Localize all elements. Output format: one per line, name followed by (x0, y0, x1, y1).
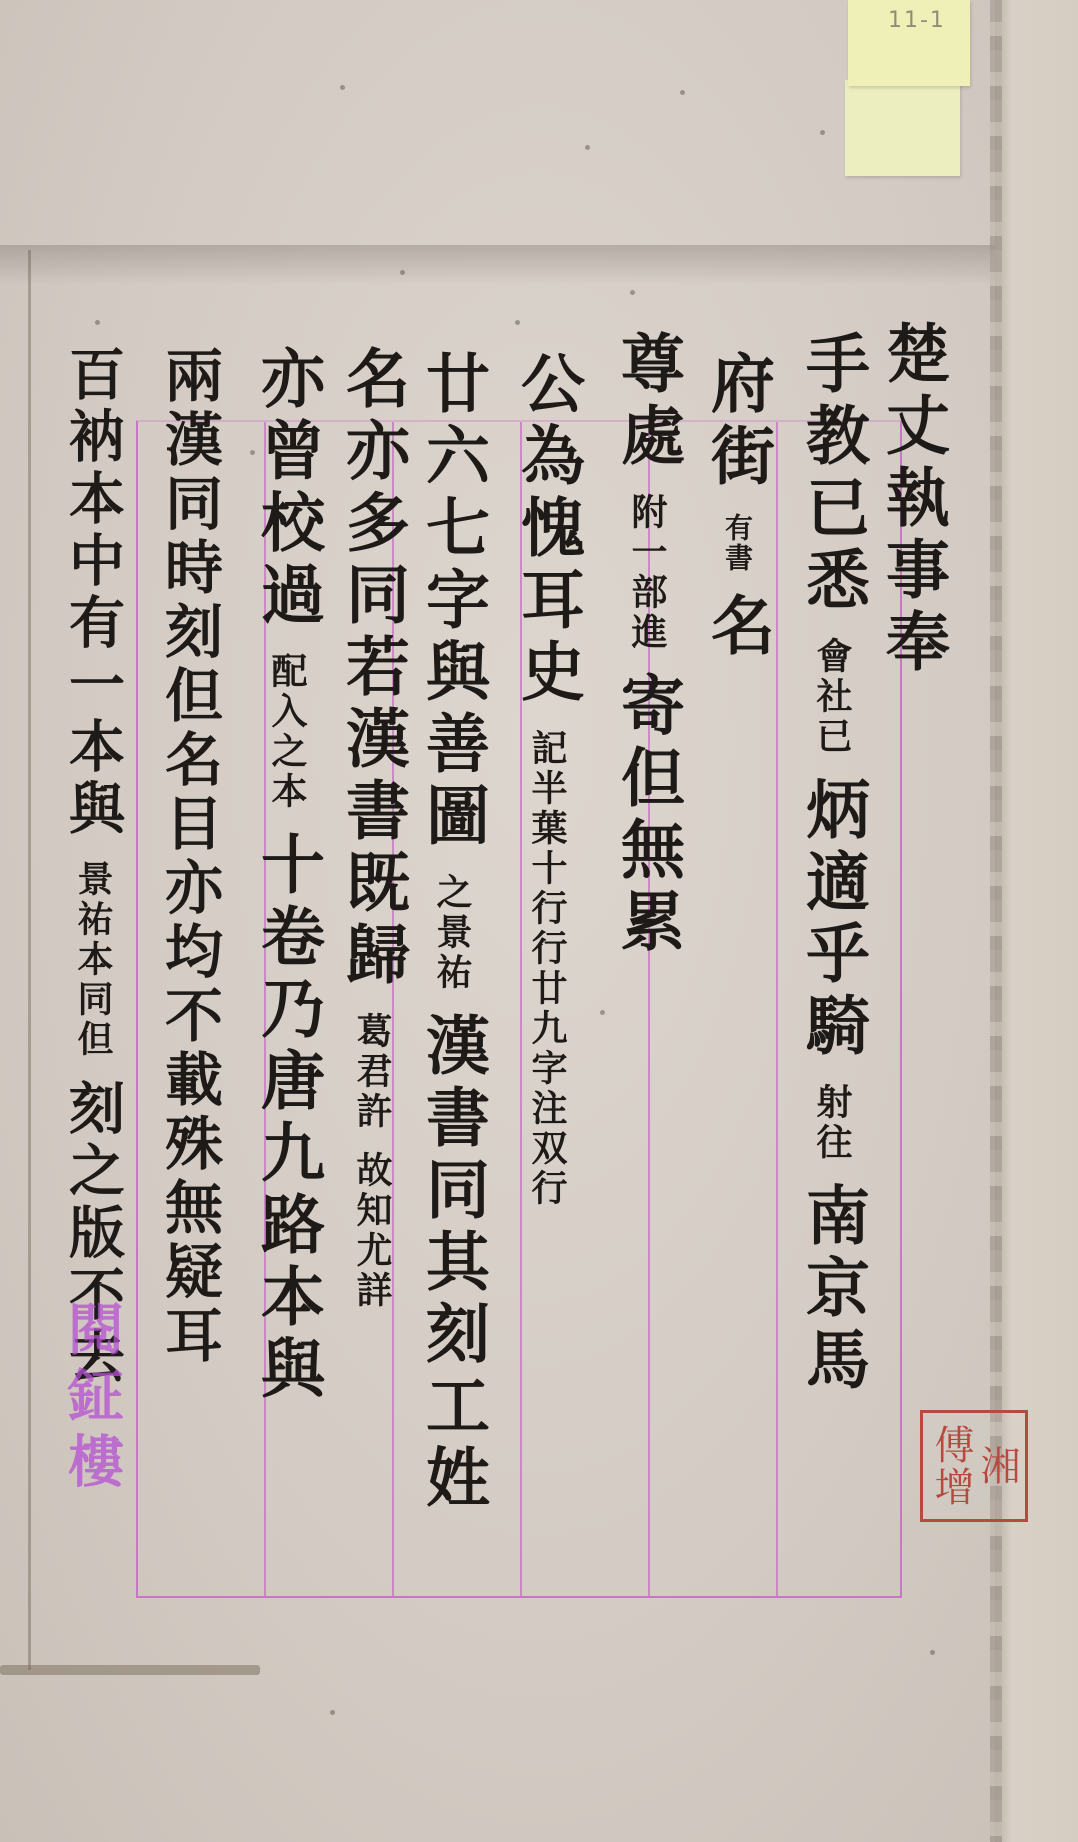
paper-speck (820, 130, 825, 135)
column-annotation: 附一部進 (626, 493, 668, 653)
column-text: 兩漢同時刻但名目亦均不載殊無疑耳 (155, 345, 223, 1369)
text-column-7: 名亦多同若漢書既歸 葛君許 故知尤詳 (340, 345, 404, 1311)
column-text: 亦曾校過 (250, 345, 325, 633)
column-text: 尊處 (610, 330, 685, 474)
left-binding-edge (28, 250, 31, 1670)
text-column-3: 府街 有書 名 (705, 350, 769, 664)
paper-speck (330, 1710, 335, 1715)
column-annotation: 會社已 (811, 637, 853, 757)
text-column-5: 公為愧耳史 記半葉十行行廿九字注双行 (515, 350, 579, 1209)
sticky-note: 11-1 (848, 0, 970, 86)
paper-speck (95, 320, 100, 325)
text-column-9: 兩漢同時刻但名目亦均不載殊無疑耳 (160, 345, 218, 1369)
red-seal: 湘 傅增 (920, 1410, 1028, 1522)
column-text: 百衲本中有一本與 (60, 345, 126, 841)
column-text: 名 (700, 592, 775, 664)
right-page-edge (995, 0, 1078, 1842)
sticky-note-label: 11-1 (888, 8, 946, 33)
column-text: 廿六七字與善圖 (415, 350, 490, 854)
paper-speck (630, 290, 635, 295)
column-annotation: 配入之本 (266, 652, 308, 812)
column-text: 南京馬 (795, 1182, 870, 1398)
page-fold-shadow (0, 245, 1000, 285)
text-column-1: 楚丈執事奉 (880, 320, 944, 680)
column-text: 寄但無累 (610, 672, 685, 960)
column-text: 名亦多同若漢書既歸 (335, 345, 410, 993)
bottom-tear (0, 1665, 260, 1675)
column-text: 漢書同其刻工姓 (415, 1012, 490, 1516)
column-annotation: 葛君許 (351, 1012, 393, 1132)
paper-speck (515, 320, 520, 325)
column-annotation: 之景祐 (431, 873, 473, 993)
paper-speck (400, 270, 405, 275)
column-text: 公為愧耳史 (510, 350, 585, 710)
column-annotation: 射往 (811, 1083, 853, 1163)
column-text: 府街 (700, 350, 775, 494)
column-annotation: 故知尤詳 (351, 1151, 393, 1311)
text-column-2: 手教已悉 會社已 炳適乎騎 射往 南京馬 (800, 330, 864, 1398)
column-text: 楚丈執事奉 (875, 320, 950, 680)
text-column-6: 廿六七字與善圖 之景祐 漢書同其刻工姓 (420, 350, 484, 1516)
seal-right-column: 湘 (974, 1445, 1020, 1487)
purple-collector-stamp: 閱鉦樓 (58, 1300, 120, 1498)
sticky-note-lower (845, 80, 960, 176)
text-column-4: 尊處 附一部進 寄但無累 (615, 330, 679, 960)
paper-speck (680, 90, 685, 95)
paper-speck (930, 1650, 935, 1655)
paper-speck (340, 85, 345, 90)
text-column-8: 亦曾校過 配入之本 十卷乃唐九路本與 (255, 345, 319, 1407)
seal-left-column: 傅增 (928, 1424, 974, 1508)
interlinear-note: 有書 (721, 513, 754, 573)
column-text: 手教已悉 (795, 330, 870, 618)
column-text: 十卷乃唐九路本與 (250, 831, 325, 1407)
torn-edge (990, 0, 1002, 1842)
text-column-10: 百衲本中有一本與 景祐本同但 刻之版不去 (65, 345, 121, 1389)
column-annotation: 記半葉十行行廿九字注双行 (526, 729, 568, 1209)
column-text: 炳適乎騎 (795, 776, 870, 1064)
grid-line (776, 422, 778, 1596)
paper-speck (585, 145, 590, 150)
column-annotation: 景祐本同但 (72, 860, 114, 1060)
